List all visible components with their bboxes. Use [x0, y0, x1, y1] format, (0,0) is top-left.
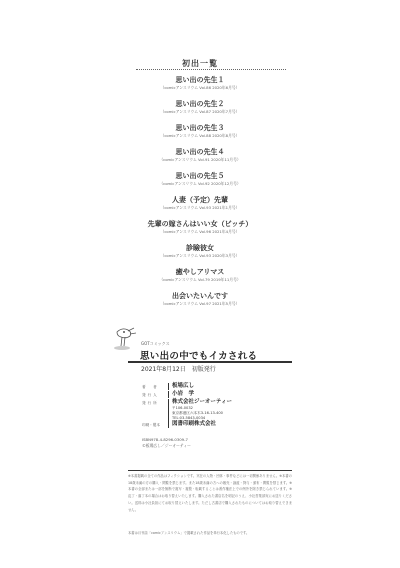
credit-label: 発行人 — [142, 391, 168, 399]
list-entry: 癒やしアリマス （comicアンスリウム Vol.79 2019年11月号） — [100, 268, 300, 283]
entry-title: 診瞼彼女 — [100, 244, 300, 253]
entry-source: （comicアンスリウム Vol.88 2020年8月号） — [100, 133, 300, 139]
notice-divider — [128, 470, 292, 471]
list-entry: 出会いたいんです （comicアンスリウム Vol.97 2021年5月号） — [100, 292, 300, 307]
credit-value-block: 株式会社ジーオーティー 〒106-0032 東京都港区六本木3-16-13-40… — [168, 399, 232, 421]
list-entry: 診瞼彼女 （comicアンスリウム Vol.93 2020年3月号） — [100, 244, 300, 259]
entry-title: 癒やしアリマス — [100, 268, 300, 277]
credit-author: 著 者 板場広し — [142, 383, 292, 391]
series-name: GOTコミックス — [141, 341, 170, 347]
credits-block: 著 者 板場広し 発行人 小岩 学 発行所 株式会社ジーオーティー 〒106-0… — [142, 383, 292, 429]
credit-label: 発行所 — [142, 399, 168, 407]
footnote: 本書は月刊誌「comicアンスリウム」で掲載された作品を単行本化したものです。 — [128, 530, 292, 535]
credit-label: 印刷・製本 — [142, 421, 168, 429]
entry-title: 思い出の先生３ — [100, 124, 300, 133]
title-divider — [128, 361, 292, 363]
credit-value: 図書印刷株式会社 — [168, 421, 216, 428]
entry-source: （comicアンスリウム Vol.91 2020年11月号） — [100, 157, 300, 163]
entry-source: （comicアンスリウム Vol.86 2020年6月号） — [100, 85, 300, 91]
list-entry: 思い出の先生４ （comicアンスリウム Vol.91 2020年11月号） — [100, 148, 300, 163]
entry-source: （comicアンスリウム Vol.93 2020年3月号） — [100, 253, 300, 259]
dotted-divider — [136, 69, 286, 70]
entry-title: 思い出の先生５ — [100, 172, 300, 181]
entry-title: 思い出の先生４ — [100, 148, 300, 157]
entry-title: 人妻（予定）先輩 — [100, 196, 300, 205]
copyright: ©板場広し／ジーオーティー — [142, 443, 191, 449]
credit-value: 株式会社ジーオーティー — [172, 399, 232, 406]
credit-publisher-person: 発行人 小岩 学 — [142, 391, 292, 399]
list-title: 初出一覧 — [0, 58, 400, 69]
publication-date: 2021年8月12日 初版発行 — [141, 364, 216, 373]
entry-source: （comicアンスリウム Vol.87 2020年7月号） — [100, 109, 300, 115]
mascot-logo-icon — [112, 326, 138, 352]
entry-source: （comicアンスリウム Vol.96 2021年4月号） — [100, 229, 300, 235]
list-entry: 思い出の先生５ （comicアンスリウム Vol.92 2020年12月号） — [100, 172, 300, 187]
credit-value: 板場広し — [168, 383, 194, 390]
entry-source: （comicアンスリウム Vol.93 2021年1月号） — [100, 205, 300, 211]
list-entry: 思い出の先生３ （comicアンスリウム Vol.88 2020年8月号） — [100, 124, 300, 139]
entry-title: 先輩の嫁さんはいい女（ビッチ） — [100, 220, 300, 229]
entry-title: 思い出の先生１ — [100, 76, 300, 85]
credit-publisher: 発行所 株式会社ジーオーティー 〒106-0032 東京都港区六本木3-16-1… — [142, 399, 292, 421]
legal-notice: ※本書掲載の全ての作品はフィクションです。実在の人物・団体・事件などには一切関係… — [128, 473, 292, 513]
list-entry: 思い出の先生２ （comicアンスリウム Vol.87 2020年7月号） — [100, 100, 300, 115]
list-entry: 思い出の先生１ （comicアンスリウム Vol.86 2020年6月号） — [100, 76, 300, 91]
credit-printer: 印刷・製本 図書印刷株式会社 — [142, 421, 292, 429]
entry-source: （comicアンスリウム Vol.79 2019年11月号） — [100, 277, 300, 283]
list-entry: 人妻（予定）先輩 （comicアンスリウム Vol.93 2021年1月号） — [100, 196, 300, 211]
entry-title: 思い出の先生２ — [100, 100, 300, 109]
entry-title: 出会いたいんです — [100, 292, 300, 301]
credit-value: 小岩 学 — [168, 391, 194, 398]
book-title: 思い出の中でもイカされる — [140, 348, 257, 362]
isbn-block: ISBN978-4-8296-0309-7 ©板場広し／ジーオーティー — [142, 437, 191, 449]
credit-label: 著 者 — [142, 383, 168, 391]
list-entry: 先輩の嫁さんはいい女（ビッチ） （comicアンスリウム Vol.96 2021… — [100, 220, 300, 235]
entry-source: （comicアンスリウム Vol.97 2021年5月号） — [100, 301, 300, 307]
entry-source: （comicアンスリウム Vol.92 2020年12月号） — [100, 181, 300, 187]
